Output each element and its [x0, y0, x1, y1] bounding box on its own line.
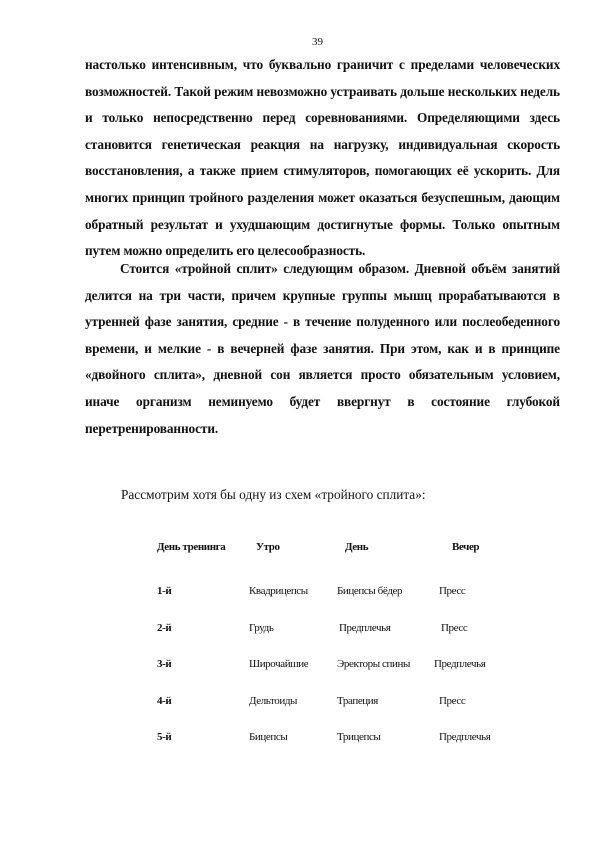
- row-day: 5-й: [157, 731, 171, 743]
- row-morning: Дельтоиды: [249, 695, 297, 707]
- header-evening: Вечер: [452, 541, 479, 553]
- table-intro: Рассмотрим хотя бы одну из схем «тройног…: [121, 487, 426, 503]
- row-morning: Квадрицепсы: [249, 585, 308, 597]
- paragraph-2-text: Стоится «тройной сплит» следующим образо…: [85, 256, 560, 442]
- row-morning: Бицепсы: [249, 731, 287, 743]
- row-morning: Грудь: [249, 622, 273, 634]
- row-midday: Бицепсы бёдер: [337, 585, 402, 597]
- paragraph-1: настолько интенсивным, что буквально гра…: [85, 52, 560, 265]
- header-day: День: [345, 541, 368, 553]
- row-evening: Пресс: [439, 585, 465, 597]
- page-number: 39: [0, 36, 595, 48]
- row-midday: Эректоры спины: [337, 658, 410, 670]
- row-evening: Пресс: [439, 695, 465, 707]
- paragraph-1-text: настолько интенсивным, что буквально гра…: [85, 52, 560, 265]
- row-day: 4-й: [157, 695, 171, 707]
- row-midday: Трицепсы: [337, 731, 380, 743]
- row-day: 3-й: [157, 658, 171, 670]
- row-morning: Широчайшие: [249, 658, 308, 670]
- header-morning: Утро: [256, 541, 280, 553]
- row-midday: Трапеция: [337, 695, 378, 707]
- row-day: 1-й: [157, 585, 171, 597]
- header-training-day: День тренинга: [157, 541, 225, 553]
- row-evening: Предплечья: [434, 658, 485, 670]
- row-evening: Пресс: [441, 622, 467, 634]
- paragraph-2: Стоится «тройной сплит» следующим образо…: [85, 256, 560, 442]
- row-evening: Предплечья: [439, 731, 490, 743]
- row-day: 2-й: [157, 622, 171, 634]
- row-midday: Предплечья: [339, 622, 390, 634]
